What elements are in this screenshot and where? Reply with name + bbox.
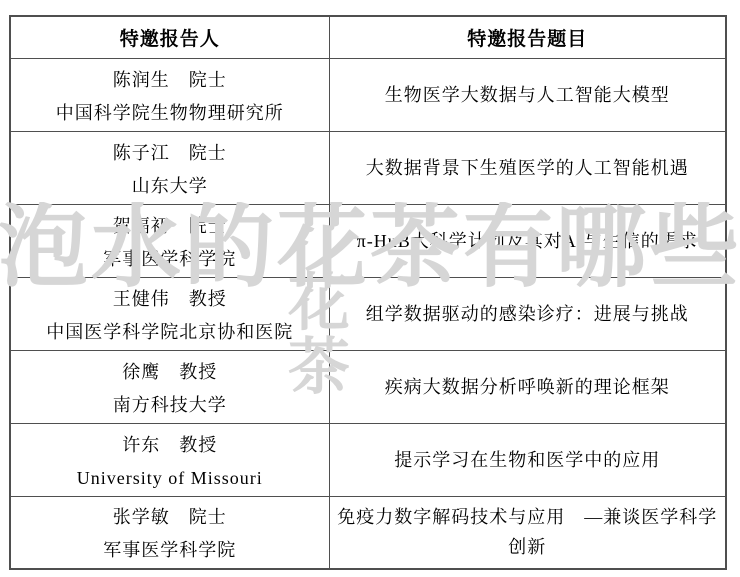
speaker-cell: 陈子江 院士山东大学 (10, 131, 329, 204)
speaker-name: 徐鹰 教授 (11, 355, 329, 389)
speaker-affiliation: 中国科学院生物物理研究所 (11, 97, 329, 129)
column-header-title: 特邀报告题目 (329, 16, 726, 58)
report-title: 免疫力数字解码技术与应用 —兼谈医学科学创新 (329, 496, 726, 569)
report-title: 组学数据驱动的感染诊疗：进展与挑战 (329, 277, 726, 350)
speaker-name: 陈子江 院士 (11, 136, 329, 170)
speaker-cell: 王健伟 教授中国医学科学院北京协和医院 (10, 277, 329, 350)
speaker-affiliation: 中国医学科学院北京协和医院 (11, 316, 329, 348)
table-body: 陈润生 院士中国科学院生物物理研究所生物医学大数据与人工智能大模型陈子江 院士山… (10, 58, 726, 569)
table-row: 陈润生 院士中国科学院生物物理研究所生物医学大数据与人工智能大模型 (10, 58, 726, 131)
table-row: 张学敏 院士军事医学科学院免疫力数字解码技术与应用 —兼谈医学科学创新 (10, 496, 726, 569)
speaker-affiliation: 军事医学科学院 (11, 243, 329, 275)
speaker-name: 贺福初 院士 (11, 209, 329, 243)
table-row: 陈子江 院士山东大学大数据背景下生殖医学的人工智能机遇 (10, 131, 726, 204)
report-title: 生物医学大数据与人工智能大模型 (329, 58, 726, 131)
speaker-affiliation: 山东大学 (11, 170, 329, 202)
speaker-name: 陈润生 院士 (11, 63, 329, 97)
speaker-name: 许东 教授 (11, 428, 329, 462)
speaker-name: 张学敏 院士 (11, 500, 329, 534)
speaker-affiliation: 军事医学科学院 (11, 534, 329, 566)
invited-speakers-table: 特邀报告人 特邀报告题目 陈润生 院士中国科学院生物物理研究所生物医学大数据与人… (9, 15, 727, 570)
speaker-cell: 贺福初 院士军事医学科学院 (10, 204, 329, 277)
speaker-cell: 张学敏 院士军事医学科学院 (10, 496, 329, 569)
column-header-speaker: 特邀报告人 (10, 16, 329, 58)
report-title: 疾病大数据分析呼唤新的理论框架 (329, 350, 726, 423)
speaker-cell: 陈润生 院士中国科学院生物物理研究所 (10, 58, 329, 131)
table-header-row: 特邀报告人 特邀报告题目 (10, 16, 726, 58)
table-row: 贺福初 院士军事医学科学院π-HuB大科学计划及其对AI与生信的需求 (10, 204, 726, 277)
report-title: 大数据背景下生殖医学的人工智能机遇 (329, 131, 726, 204)
report-title: 提示学习在生物和医学中的应用 (329, 423, 726, 496)
table-row: 许东 教授University of Missouri提示学习在生物和医学中的应… (10, 423, 726, 496)
document-page: 特邀报告人 特邀报告题目 陈润生 院士中国科学院生物物理研究所生物医学大数据与人… (0, 0, 740, 577)
speaker-affiliation: 南方科技大学 (11, 389, 329, 421)
speaker-name: 王健伟 教授 (11, 282, 329, 316)
speaker-cell: 徐鹰 教授南方科技大学 (10, 350, 329, 423)
table-row: 徐鹰 教授南方科技大学疾病大数据分析呼唤新的理论框架 (10, 350, 726, 423)
report-title: π-HuB大科学计划及其对AI与生信的需求 (329, 204, 726, 277)
table-row: 王健伟 教授中国医学科学院北京协和医院组学数据驱动的感染诊疗：进展与挑战 (10, 277, 726, 350)
speaker-affiliation: University of Missouri (11, 462, 329, 494)
speaker-cell: 许东 教授University of Missouri (10, 423, 329, 496)
